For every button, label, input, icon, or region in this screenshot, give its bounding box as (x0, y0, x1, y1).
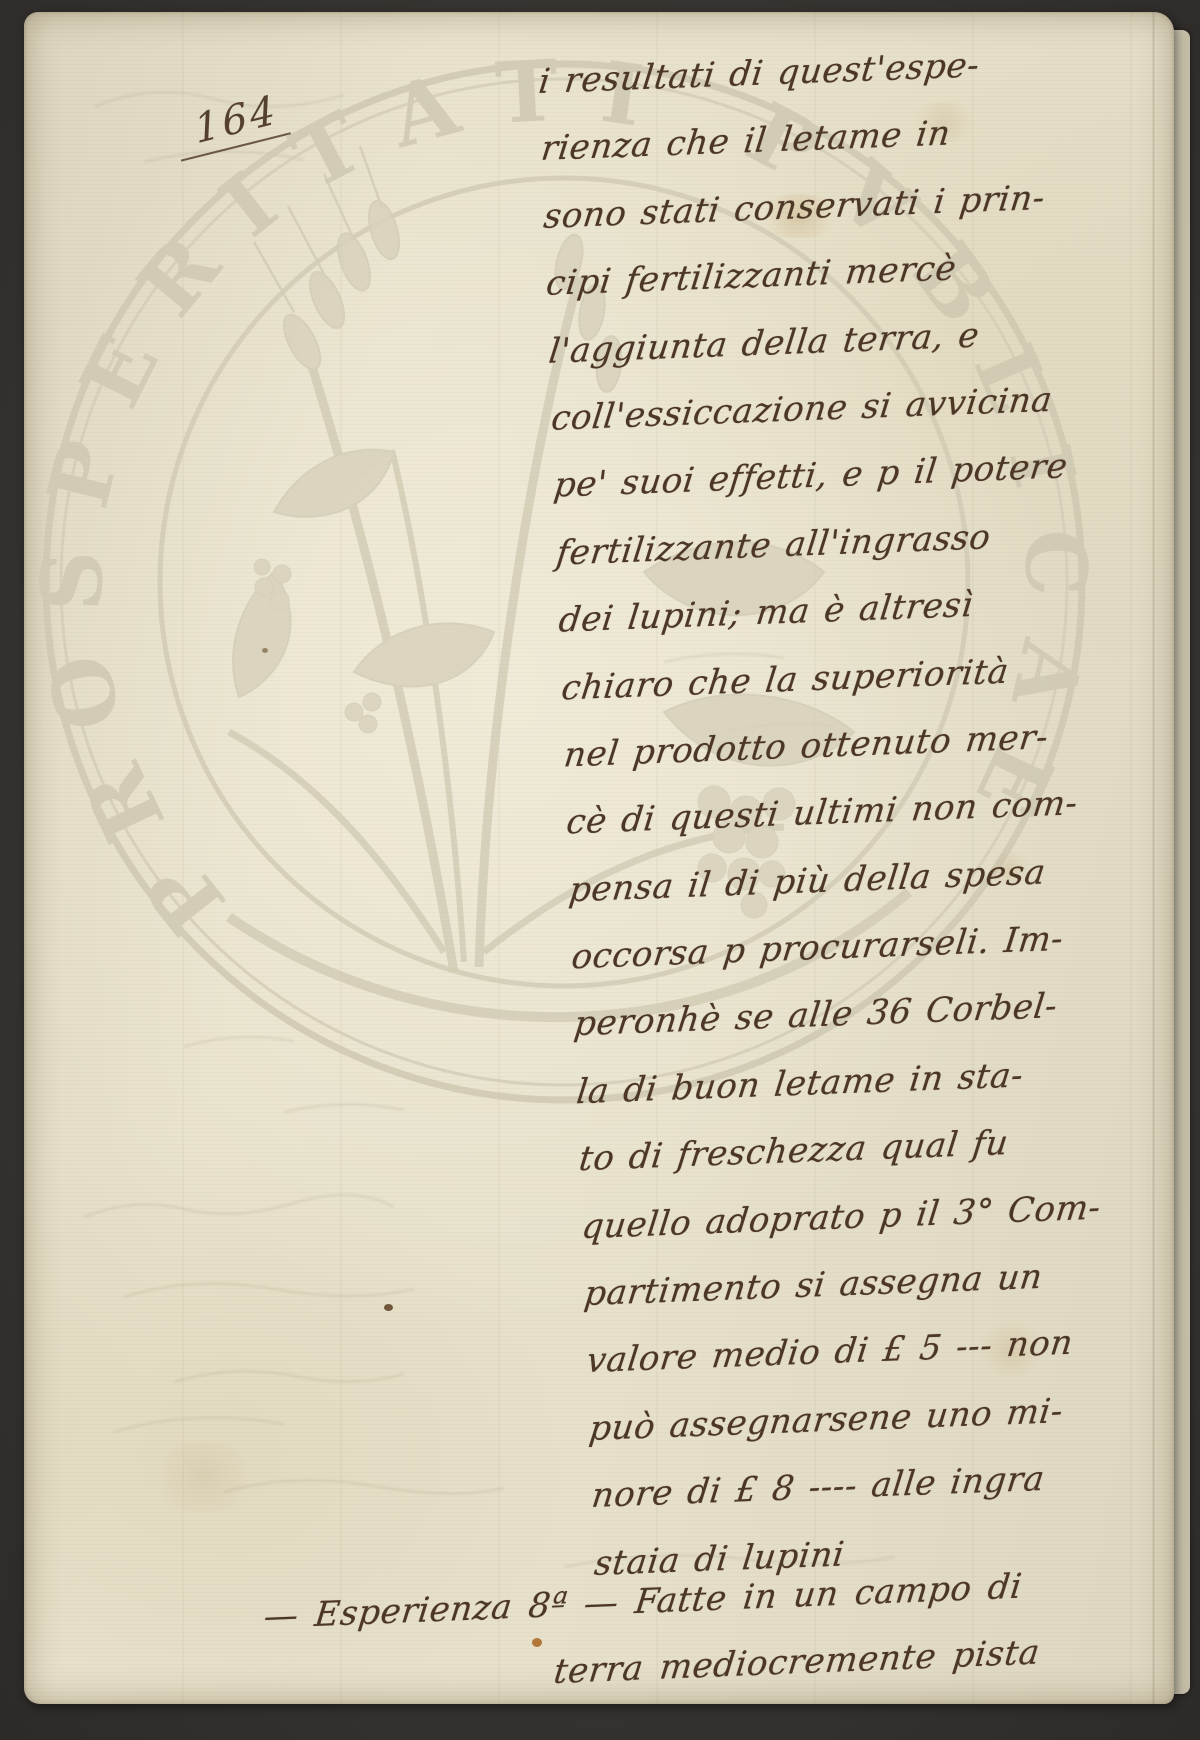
final-line: terra mediocremente pista (552, 1632, 1042, 1692)
manuscript-text-block: i resultati di quest'espe- rienza che il… (536, 39, 1194, 1610)
manuscript-page: PROSPERITATI PVBLICAE (24, 12, 1174, 1704)
ink-layer: 164 i resultati di quest'espe- rienza ch… (24, 12, 1174, 1704)
page-number: 164 (174, 84, 291, 161)
photo-background: PROSPERITATI PVBLICAE (0, 0, 1200, 1740)
